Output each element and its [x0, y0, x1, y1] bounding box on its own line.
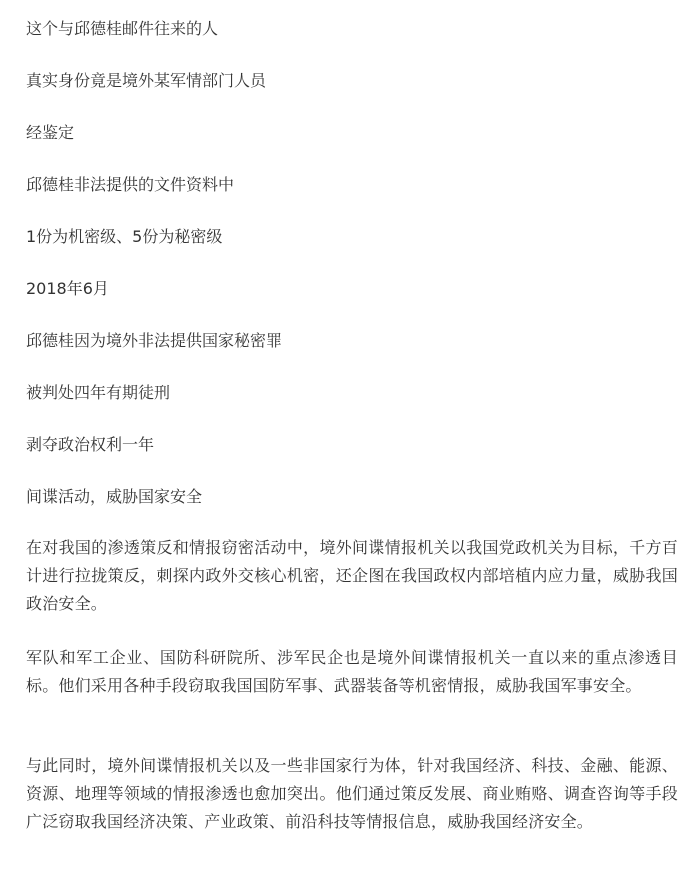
article-line: 真实身份竟是境外某军情部门人员: [26, 71, 266, 91]
article-line: 邱德桂因为境外非法提供国家秘密罪: [26, 331, 282, 351]
section-heading: 间谍活动，威胁国家安全: [26, 487, 202, 507]
paragraph-military-security: 军队和军工企业、国防科研院所、涉军民企也是境外间谍情报机关一直以来的重点渗透目标…: [26, 644, 678, 700]
article-line: 经鉴定: [26, 123, 74, 143]
article-line: 2018年6月: [26, 279, 109, 299]
paragraph-political-security: 在对我国的渗透策反和情报窃密活动中，境外间谍情报机关以我国党政机关为目标，千方百…: [26, 534, 678, 618]
article-line: 剥夺政治权利一年: [26, 435, 154, 455]
article-line: 邱德桂非法提供的文件资料中: [26, 175, 234, 195]
article-line: 被判处四年有期徒刑: [26, 383, 170, 403]
paragraph-economic-security: 与此同时，境外间谍情报机关以及一些非国家行为体，针对我国经济、科技、金融、能源、…: [26, 752, 678, 836]
article-line: 这个与邱德桂邮件往来的人: [26, 19, 218, 39]
article-line: 1份为机密级、5份为秘密级: [26, 227, 222, 247]
